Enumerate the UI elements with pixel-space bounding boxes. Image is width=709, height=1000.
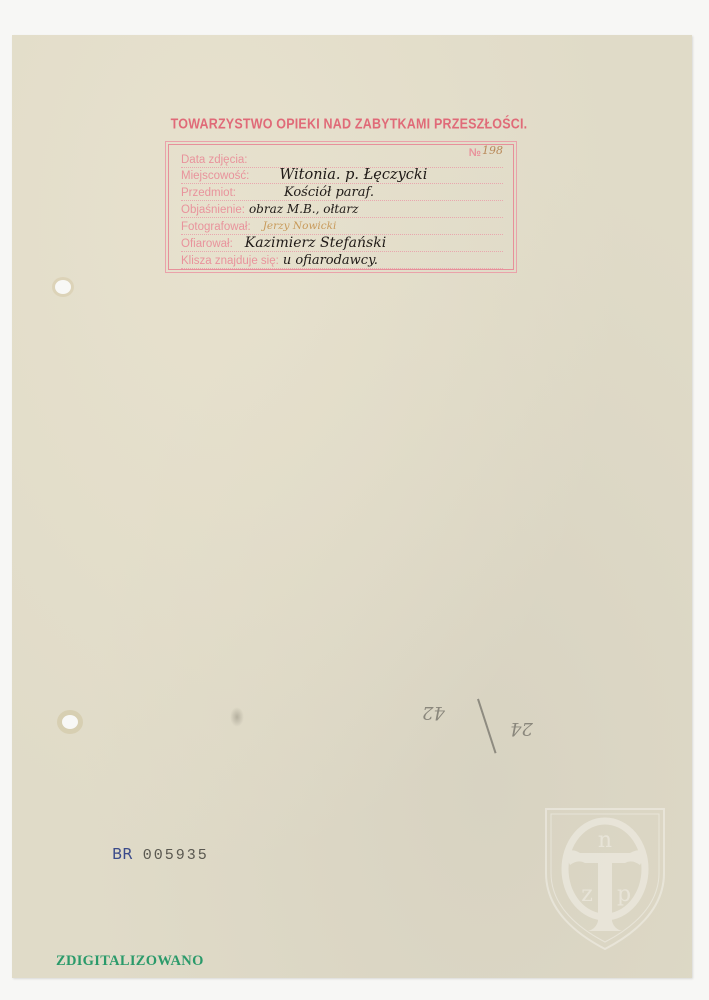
punch-hole-bottom (62, 715, 78, 729)
document-page: TOWARZYSTWO OPIEKI NAD ZABYTKAMI PRZESZŁ… (12, 35, 692, 978)
pencil-slash (477, 699, 496, 754)
field-label: Data zdjęcia: (181, 153, 247, 167)
field-value: Jerzy Nowicki (263, 219, 337, 234)
digitized-stamp: ZDIGITALIZOWANO (56, 953, 204, 970)
svg-text:p: p (617, 882, 631, 907)
field-row-photo-date: Data zdjęcia: (181, 151, 503, 168)
field-row-donor: Ofiarował: Kazimierz Stefański (181, 235, 503, 252)
field-value: Witonia. p. Łęczycki (279, 168, 427, 183)
inventory-number: BR 005935 (112, 845, 209, 864)
field-value: obraz M.B., ołtarz (249, 202, 358, 217)
field-row-location: Miejscowość: Witonia. p. Łęczycki (181, 167, 503, 184)
field-label: Miejscowość: (181, 169, 249, 183)
field-label: Przedmiot: (181, 186, 236, 200)
shield-watermark-icon: n z p (540, 803, 670, 953)
stain-mark (230, 707, 244, 727)
field-value: Kazimierz Stefański (245, 236, 386, 251)
field-value: u ofiarodawcy. (283, 253, 378, 268)
field-row-description: Objaśnienie: obraz M.B., ołtarz (181, 201, 503, 218)
field-value: Kościół paraf. (284, 185, 374, 200)
inventory-number-value: 005935 (143, 847, 209, 864)
punch-hole-top (55, 280, 71, 294)
field-row-negative-location: Klisza znajduje się: u ofiarodawcy. (181, 252, 503, 269)
field-label: Objaśnienie: (181, 203, 245, 217)
society-stamp-header: TOWARZYSTWO OPIEKI NAD ZABYTKAMI PRZESZŁ… (169, 116, 529, 132)
pencil-note-1: 42 (422, 702, 445, 723)
field-label: Ofiarował: (181, 237, 233, 251)
field-label: Fotografował: (181, 220, 251, 234)
inventory-prefix: BR (112, 845, 133, 863)
field-label: Klisza znajduje się: (181, 254, 279, 268)
field-row-subject: Przedmiot: Kościół paraf. (181, 184, 503, 201)
svg-text:z: z (581, 882, 593, 907)
svg-text:n: n (598, 828, 612, 853)
pencil-note-2: 24 (510, 718, 533, 739)
catalog-stamp-box: № 198 Data zdjęcia: Miejscowość: Witonia… (168, 144, 514, 270)
field-row-photographer: Fotografował: Jerzy Nowicki (181, 218, 503, 235)
